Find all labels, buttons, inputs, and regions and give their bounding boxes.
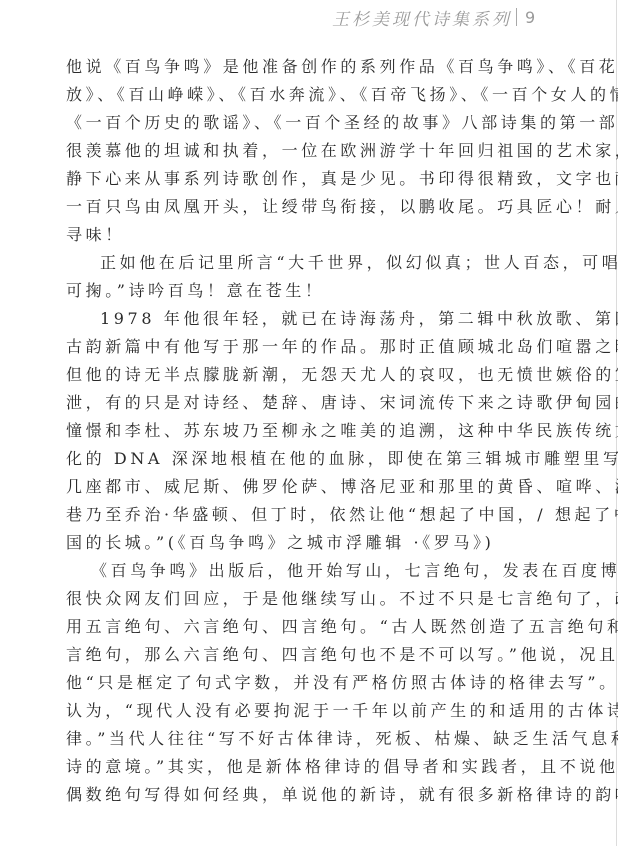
text-line: 偶数绝句写得如何经典，单说他的新诗，就有很多新格律诗的韵味， xyxy=(66,781,582,809)
text-line: 很快众网友们回应，于是他继续写山。不过不只是七言绝句了，改 xyxy=(66,585,582,613)
text-line: 憧憬和李杜、苏东坡乃至柳永之唯美的追溯，这种中华民族传统文 xyxy=(66,417,582,445)
text-line: 静下心来从事系列诗歌创作，真是少见。书印得很精致，文字也耐读， xyxy=(66,165,582,193)
text-line: 正如他在后记里所言“大千世界，似幻似真；世人百态，可唱 xyxy=(66,249,582,277)
text-line: 古韵新篇中有他写于那一年的作品。那时正值顾城北岛们喧嚣之时， xyxy=(66,333,582,361)
text-line: 用五言绝句、六言绝句、四言绝句。“古人既然创造了五言绝句和七 xyxy=(66,613,582,641)
text-line: 言绝句，那么六言绝句、四言绝句也不是不可以写。”他说，况且， xyxy=(66,641,582,669)
text-line: 很羡慕他的坦诚和执着，一位在欧洲游学十年回归祖国的艺术家， xyxy=(66,137,582,165)
text-line: 他“只是框定了句式字数，并没有严格仿照古体诗的格律去写”。他 xyxy=(66,669,582,697)
text-line: 他说《百鸟争鸣》是他准备创作的系列作品《百鸟争鸣》、《百花齐 xyxy=(66,53,582,81)
text-line: 1978 年他很年轻，就已在诗海荡舟，第二辑中秋放歌、第四辑 xyxy=(66,305,582,333)
text-line: 律。”当代人往往“写不好古体律诗，死板、枯燥、缺乏生活气息和 xyxy=(66,725,582,753)
text-line: 一百只鸟由凤凰开头，让绶带鸟衔接，以鹏收尾。巧具匠心！耐人 xyxy=(66,193,582,221)
text-line: 泄，有的只是对诗经、楚辞、唐诗、宋词流传下来之诗歌伊甸园的 xyxy=(66,389,582,417)
text-line: 《百鸟争鸣》出版后，他开始写山，七言绝句，发表在百度博客上， xyxy=(66,557,582,585)
text-line: 国的长城。”(《百鸟争鸣》之城市浮雕辑 ·《罗马》) xyxy=(66,529,582,557)
running-header: 王杉美现代诗集系列 9 xyxy=(332,4,535,30)
text-line: 认为，“现代人没有必要拘泥于一千年以前产生的和适用的古体诗格 xyxy=(66,697,582,725)
text-line: 可掬。”诗吟百鸟！意在苍生！ xyxy=(66,277,582,305)
text-line: 化的 DNA 深深地根植在他的血脉，即使在第三辑城市雕塑里写欧洲 xyxy=(66,445,582,473)
text-line: 诗的意境。”其实，他是新体格律诗的倡导者和实践者，且不说他的 xyxy=(66,753,582,781)
text-line: 寻味！ xyxy=(66,221,582,249)
text-line: 《一百个历史的歌谣》、《一百个圣经的故事》八部诗集的第一部。我 xyxy=(66,109,582,137)
text-line: 放》、《百山峥嵘》、《百水奔流》、《百帝飞扬》、《一百个女人的情歌》、 xyxy=(66,81,582,109)
text-line: 但他的诗无半点朦胧新潮，无怨天尤人的哀叹，也无愤世嫉俗的宣 xyxy=(66,361,582,389)
body-text: 他说《百鸟争鸣》是他准备创作的系列作品《百鸟争鸣》、《百花齐放》、《百山峥嵘》、… xyxy=(66,53,582,809)
text-line: 几座都市、威尼斯、佛罗伦萨、博洛尼亚和那里的黄昏、喧哗、深 xyxy=(66,473,582,501)
series-title: 王杉美现代诗集系列 xyxy=(332,5,512,30)
page-number: 9 xyxy=(525,8,535,27)
header-separator xyxy=(516,8,517,26)
text-line: 巷乃至乔治·华盛顿、但丁时，依然让他“想起了中国，/ 想起了中 xyxy=(66,501,582,529)
